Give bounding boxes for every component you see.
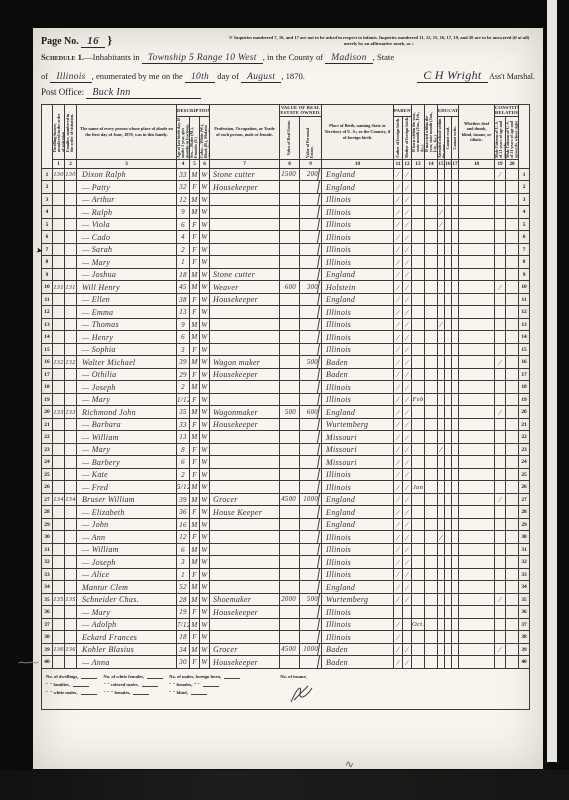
real-estate-value-cell xyxy=(280,656,300,669)
margin-squiggle-icon: ⁓⁓ xyxy=(18,656,38,669)
state-suffix: , State xyxy=(373,52,394,62)
page-no-value: 16 xyxy=(81,35,105,48)
name-cell: — William xyxy=(77,543,177,556)
cannot-write-cell xyxy=(452,656,459,669)
father-foreign-mark-cell: ∕ xyxy=(394,281,403,294)
line-number-left: 29 xyxy=(42,518,53,531)
table-row: 16 132 132 Walter Michael 39 M W Wagon m… xyxy=(42,356,530,369)
vote-denied-cell xyxy=(506,168,519,181)
age-cell: 16 xyxy=(177,518,190,531)
mother-foreign-mark-cell xyxy=(403,618,412,631)
age-cell: 1 xyxy=(177,256,190,269)
deaf-dumb-cell xyxy=(459,418,495,431)
sex-cell: F xyxy=(190,218,200,231)
occupation-cell: Wagonmaker xyxy=(210,406,280,419)
born-month-cell xyxy=(412,318,425,331)
cannot-write-cell xyxy=(452,343,459,356)
deaf-dumb-cell xyxy=(459,656,495,669)
color-cell: W xyxy=(200,368,210,381)
post-office-line: Post Office: Buck Inn xyxy=(41,85,535,101)
occupation-cell xyxy=(210,231,280,244)
page-no-label: Page No. xyxy=(41,36,79,47)
age-cell: 1/12 xyxy=(177,393,190,406)
deaf-dumb-cell xyxy=(459,268,495,281)
personal-estate-value-cell xyxy=(300,181,322,194)
dwelling-number-cell xyxy=(53,243,65,256)
line-number-left: 25 xyxy=(42,468,53,481)
real-estate-value-cell xyxy=(280,431,300,444)
line-number-left: 13 xyxy=(42,318,53,331)
cannot-read-cell xyxy=(445,393,452,406)
line-number-left: 16 xyxy=(42,356,53,369)
col-header-color: Color.—White (W.), Black (B.), Mulatto (… xyxy=(200,116,210,159)
personal-estate-value-cell: 600 xyxy=(300,406,322,419)
age-cell: 6 xyxy=(177,543,190,556)
line-number-left: 39 xyxy=(42,643,53,656)
group-constitutional: Constitutional Relations. xyxy=(495,104,519,116)
attended-school-cell xyxy=(438,256,445,269)
personal-estate-value-cell xyxy=(300,218,322,231)
male-citizen-mark-cell xyxy=(495,468,506,481)
father-foreign-mark-cell: ∕ xyxy=(394,468,403,481)
name-cell: — Barbery xyxy=(77,456,177,469)
name-cell: — Mary xyxy=(77,256,177,269)
real-estate-value-cell xyxy=(280,193,300,206)
line-number-left: 22 xyxy=(42,431,53,444)
line-number-left: 34 xyxy=(42,581,53,594)
mother-foreign-mark-cell: ∕ xyxy=(403,518,412,531)
birthplace-cell: Baden xyxy=(322,656,394,669)
father-foreign-mark-cell: ∕ xyxy=(394,431,403,444)
birthplace-cell: England xyxy=(322,181,394,194)
color-cell: W xyxy=(200,493,210,506)
age-cell: 39 xyxy=(177,356,190,369)
personal-estate-value-cell xyxy=(300,443,322,456)
vote-denied-cell xyxy=(506,631,519,644)
line-number-left: 21 xyxy=(42,418,53,431)
cannot-read-cell xyxy=(445,556,452,569)
born-month-cell xyxy=(412,356,425,369)
sex-cell: M xyxy=(190,643,200,656)
male-citizen-mark-cell xyxy=(495,393,506,406)
birthplace-cell: Illinois xyxy=(322,618,394,631)
family-number-cell xyxy=(65,368,77,381)
mother-foreign-mark-cell: ∕ xyxy=(403,181,412,194)
name-cell: Richmond John xyxy=(77,406,177,419)
col-header-vote-denied: Male Citizens of U. S. of 21 years of ag… xyxy=(506,116,519,159)
personal-estate-value-cell: 500 xyxy=(300,356,322,369)
name-cell: — Thomas xyxy=(77,318,177,331)
line-number-left: 36 xyxy=(42,606,53,619)
family-number-cell xyxy=(65,606,77,619)
family-number-cell: 132 xyxy=(65,356,77,369)
attended-school-cell xyxy=(438,268,445,281)
real-estate-value-cell xyxy=(280,243,300,256)
attended-school-cell xyxy=(438,406,445,419)
line-number-right: 8 xyxy=(519,256,530,269)
color-cell: W xyxy=(200,631,210,644)
occupation-cell: Wagon maker xyxy=(210,356,280,369)
line-number-right: 38 xyxy=(519,631,530,644)
born-month-cell xyxy=(412,593,425,606)
vote-denied-cell xyxy=(506,318,519,331)
married-month-cell xyxy=(425,606,438,619)
table-row: 19 — Mary 1/12 F W Illinois ∕ ∕ Feb 19 xyxy=(42,393,530,406)
deaf-dumb-cell xyxy=(459,593,495,606)
father-foreign-mark-cell: ∕ xyxy=(394,568,403,581)
deaf-dumb-cell xyxy=(459,431,495,444)
male-citizen-mark-cell xyxy=(495,256,506,269)
birthplace-cell: Illinois xyxy=(322,381,394,394)
name-cell: Walter Michael xyxy=(77,356,177,369)
occupation-cell xyxy=(210,481,280,494)
real-estate-value-cell xyxy=(280,581,300,594)
attended-school-cell xyxy=(438,493,445,506)
deaf-dumb-cell xyxy=(459,443,495,456)
line-number-right: 18 xyxy=(519,381,530,394)
born-month-cell xyxy=(412,493,425,506)
group-parentage: Parentage. xyxy=(394,104,412,116)
personal-estate-value-cell xyxy=(300,456,322,469)
married-month-cell xyxy=(425,468,438,481)
attended-school-cell xyxy=(438,543,445,556)
line-number-right: 13 xyxy=(519,318,530,331)
male-citizen-mark-cell: ∕ xyxy=(495,643,506,656)
birthplace-cell: England xyxy=(322,518,394,531)
note-line-2: merely by an affirmative mark, as /. xyxy=(344,41,414,46)
born-month-cell xyxy=(412,243,425,256)
dwelling-number-cell xyxy=(53,206,65,219)
male-citizen-mark-cell xyxy=(495,343,506,356)
real-estate-value-cell xyxy=(280,481,300,494)
occupation-cell xyxy=(210,431,280,444)
line-number-right: 37 xyxy=(519,618,530,631)
col-header-age: Age at last birth-day. If under 1 year, … xyxy=(177,116,190,159)
cannot-write-cell xyxy=(452,268,459,281)
occupation-cell xyxy=(210,568,280,581)
mother-foreign-mark-cell: ∕ xyxy=(403,168,412,181)
real-estate-value-cell: 2000 xyxy=(280,593,300,606)
color-cell: W xyxy=(200,256,210,269)
line-number-left: 33 xyxy=(42,568,53,581)
occupation-cell xyxy=(210,518,280,531)
personal-estate-value-cell xyxy=(300,381,322,394)
born-month-cell xyxy=(412,168,425,181)
occupation-cell: Housekeeper xyxy=(210,418,280,431)
line-number-left: 5 xyxy=(42,218,53,231)
cannot-read-cell xyxy=(445,468,452,481)
vote-denied-cell xyxy=(506,331,519,344)
dwelling-number-cell xyxy=(53,556,65,569)
deaf-dumb-cell xyxy=(459,331,495,344)
below-table-scribble-icon: ∿ xyxy=(343,757,355,772)
birthplace-cell: Illinois xyxy=(322,206,394,219)
color-cell: W xyxy=(200,593,210,606)
sex-cell: F xyxy=(190,418,200,431)
dwelling-number-cell xyxy=(53,193,65,206)
born-month-cell xyxy=(412,343,425,356)
table-row: 2 — Patty 32 F W Housekeeper England ∕ ∕… xyxy=(42,181,530,194)
sex-cell: M xyxy=(190,556,200,569)
vote-denied-cell xyxy=(506,556,519,569)
male-citizen-mark-cell xyxy=(495,443,506,456)
personal-estate-value-cell xyxy=(300,518,322,531)
born-month-cell xyxy=(412,331,425,344)
male-citizen-mark-cell xyxy=(495,581,506,594)
color-cell: W xyxy=(200,393,210,406)
family-number-cell xyxy=(65,206,77,219)
born-month-cell xyxy=(412,281,425,294)
real-estate-value-cell xyxy=(280,181,300,194)
married-month-cell xyxy=(425,443,438,456)
deaf-dumb-cell xyxy=(459,281,495,294)
sex-cell: M xyxy=(190,543,200,556)
day-value: 10th xyxy=(185,72,215,83)
mother-foreign-mark-cell: ∕ xyxy=(403,318,412,331)
mother-foreign-mark-cell: ∕ xyxy=(403,568,412,581)
age-cell: 3 xyxy=(177,343,190,356)
family-number-cell xyxy=(65,481,77,494)
vote-denied-cell xyxy=(506,218,519,231)
census-table: Dwelling-houses, numbered in the order o… xyxy=(41,104,530,710)
cannot-read-cell xyxy=(445,643,452,656)
male-citizen-mark-cell xyxy=(495,331,506,344)
age-cell: 32 xyxy=(177,181,190,194)
age-cell: 5/12 xyxy=(177,481,190,494)
col-header-family: Families, numbered in the order of visit… xyxy=(65,104,77,159)
father-foreign-mark-cell: ∕ xyxy=(394,218,403,231)
married-month-cell xyxy=(425,181,438,194)
birthplace-cell: Wurtemberg xyxy=(322,593,394,606)
male-citizen-mark-cell xyxy=(495,381,506,394)
deaf-dumb-cell xyxy=(459,343,495,356)
married-month-cell xyxy=(425,293,438,306)
census-paper: Page No. 16 } ☞ Inquiries numbered 7, 16… xyxy=(33,28,543,769)
name-cell: — Patty xyxy=(77,181,177,194)
attended-school-cell xyxy=(438,243,445,256)
father-foreign-mark-cell: ∕ xyxy=(394,231,403,244)
family-number-cell xyxy=(65,631,77,644)
color-cell: W xyxy=(200,468,210,481)
col-header-occupation: Profession, Occupation, or Trade of each… xyxy=(210,104,280,159)
married-month-cell xyxy=(425,218,438,231)
family-number-cell xyxy=(65,193,77,206)
family-number-cell: 136 xyxy=(65,643,77,656)
vote-denied-cell xyxy=(506,206,519,219)
deaf-dumb-cell xyxy=(459,206,495,219)
cannot-read-cell xyxy=(445,518,452,531)
married-month-cell xyxy=(425,406,438,419)
attended-school-cell xyxy=(438,581,445,594)
name-cell: — Mary xyxy=(77,443,177,456)
deaf-dumb-cell xyxy=(459,368,495,381)
line-number-right: 26 xyxy=(519,481,530,494)
mother-foreign-mark-cell: ∕ xyxy=(403,343,412,356)
mother-foreign-mark-cell: ∕ xyxy=(403,643,412,656)
male-citizen-mark-cell: ∕ xyxy=(495,493,506,506)
father-foreign-mark-cell: ∕ xyxy=(394,206,403,219)
birthplace-cell: Illinois xyxy=(322,468,394,481)
mother-foreign-mark-cell: ∕ xyxy=(403,506,412,519)
vote-denied-cell xyxy=(506,181,519,194)
family-number-cell xyxy=(65,456,77,469)
mother-foreign-mark-cell: ∕ xyxy=(403,493,412,506)
sex-cell: M xyxy=(190,593,200,606)
birthplace-cell: Illinois xyxy=(322,218,394,231)
col-header-cannot-write: Cannot write. xyxy=(452,116,459,159)
group-description: Description. xyxy=(177,104,210,116)
married-month-cell xyxy=(425,268,438,281)
line-number-right: 29 xyxy=(519,518,530,531)
vote-denied-cell xyxy=(506,256,519,269)
attended-school-cell: ∕ xyxy=(438,218,445,231)
real-estate-value-cell: 600 xyxy=(280,281,300,294)
cannot-write-cell xyxy=(452,431,459,444)
real-estate-value-cell xyxy=(280,368,300,381)
mother-foreign-mark-cell: ∕ xyxy=(403,556,412,569)
personal-estate-value-cell xyxy=(300,581,322,594)
cannot-write-cell xyxy=(452,631,459,644)
mother-foreign-mark-cell: ∕ xyxy=(403,268,412,281)
occupation-cell: Housekeeper xyxy=(210,368,280,381)
real-estate-value-cell xyxy=(280,231,300,244)
tally-col-2: No. of white females, ″ ″ colored males,… xyxy=(103,674,163,695)
dwelling-number-cell xyxy=(53,431,65,444)
vote-denied-cell xyxy=(506,493,519,506)
born-month-cell xyxy=(412,568,425,581)
scanner-noise xyxy=(0,770,569,800)
real-estate-value-cell xyxy=(280,468,300,481)
line-number-right: 27 xyxy=(519,493,530,506)
line-number-left: 9 xyxy=(42,268,53,281)
name-cell: — Elizabeth xyxy=(77,506,177,519)
deaf-dumb-cell xyxy=(459,493,495,506)
name-cell: Kohler Blasius xyxy=(77,643,177,656)
schedule-label: Schedule 1. xyxy=(41,52,84,62)
father-foreign-mark-cell: ∕ xyxy=(394,256,403,269)
deaf-dumb-cell xyxy=(459,606,495,619)
real-estate-value-cell xyxy=(280,381,300,394)
personal-estate-value-cell xyxy=(300,331,322,344)
color-cell: W xyxy=(200,618,210,631)
male-citizen-mark-cell xyxy=(495,181,506,194)
mother-foreign-mark-cell: ∕ xyxy=(403,231,412,244)
sex-cell: M xyxy=(190,381,200,394)
sex-cell: M xyxy=(190,618,200,631)
sex-cell: M xyxy=(190,268,200,281)
name-cell: — Kate xyxy=(77,468,177,481)
mother-foreign-mark-cell: ∕ xyxy=(403,243,412,256)
color-cell: W xyxy=(200,231,210,244)
line-number-right: 12 xyxy=(519,306,530,319)
family-number-cell xyxy=(65,568,77,581)
table-row: 38 Eckard Frances 18 F W Illinois ∕ 38 xyxy=(42,631,530,644)
color-cell: W xyxy=(200,343,210,356)
line-number-left: 10 xyxy=(42,281,53,294)
sex-cell: M xyxy=(190,493,200,506)
dwelling-number-cell xyxy=(53,568,65,581)
personal-estate-value-cell: 200 xyxy=(300,168,322,181)
age-cell: 12 xyxy=(177,193,190,206)
vote-denied-cell xyxy=(506,306,519,319)
cannot-read-cell xyxy=(445,593,452,606)
line-number-left: 4 xyxy=(42,206,53,219)
mother-foreign-mark-cell: ∕ xyxy=(403,331,412,344)
name-cell: Bruser William xyxy=(77,493,177,506)
born-month-cell xyxy=(412,193,425,206)
family-number-cell xyxy=(65,218,77,231)
dwelling-number-cell xyxy=(53,268,65,281)
personal-estate-value-cell xyxy=(300,193,322,206)
line-number-left: 24 xyxy=(42,456,53,469)
cannot-write-cell xyxy=(452,543,459,556)
personal-estate-value-cell xyxy=(300,268,322,281)
age-cell: 8 xyxy=(177,443,190,456)
sex-cell: F xyxy=(190,231,200,244)
occupation-cell xyxy=(210,531,280,544)
deaf-dumb-cell xyxy=(459,618,495,631)
occupation-cell: Housekeeper xyxy=(210,656,280,669)
personal-estate-value-cell xyxy=(300,431,322,444)
father-foreign-mark-cell: ∕ xyxy=(394,381,403,394)
family-number-cell xyxy=(65,431,77,444)
male-citizen-mark-cell xyxy=(495,218,506,231)
married-month-cell xyxy=(425,493,438,506)
sex-cell: M xyxy=(190,331,200,344)
attended-school-cell xyxy=(438,393,445,406)
dwelling-number-cell xyxy=(53,293,65,306)
dwelling-number-cell xyxy=(53,631,65,644)
line-number-left: 40 xyxy=(42,656,53,669)
born-month-cell xyxy=(412,306,425,319)
age-cell: 2 xyxy=(177,468,190,481)
father-foreign-mark-cell: ∕ xyxy=(394,518,403,531)
attended-school-cell xyxy=(438,418,445,431)
family-number-cell xyxy=(65,268,77,281)
real-estate-value-cell xyxy=(280,268,300,281)
male-citizen-mark-cell: ∕ xyxy=(495,593,506,606)
color-cell: W xyxy=(200,293,210,306)
personal-estate-value-cell xyxy=(300,243,322,256)
attended-school-cell xyxy=(438,168,445,181)
deaf-dumb-cell xyxy=(459,293,495,306)
occupation-cell: Stone cutter xyxy=(210,268,280,281)
dwelling-number-cell xyxy=(53,331,65,344)
color-cell: W xyxy=(200,318,210,331)
mother-foreign-mark-cell: ∕ xyxy=(403,381,412,394)
father-foreign-mark-cell: ∕ xyxy=(394,393,403,406)
deaf-dumb-cell xyxy=(459,568,495,581)
real-estate-value-cell xyxy=(280,618,300,631)
age-cell: 28 xyxy=(177,593,190,606)
census-rows: 1 130 130 Dixon Ralph 33 M W Stone cutte… xyxy=(42,168,530,668)
age-cell: 33 xyxy=(177,418,190,431)
attended-school-cell xyxy=(438,293,445,306)
vote-denied-cell xyxy=(506,518,519,531)
born-month-cell xyxy=(412,518,425,531)
family-number-cell xyxy=(65,381,77,394)
cannot-read-cell xyxy=(445,418,452,431)
occupation-cell xyxy=(210,193,280,206)
sex-cell: F xyxy=(190,368,200,381)
sex-cell: F xyxy=(190,568,200,581)
enumerated-label: , enumerated by me on the xyxy=(92,71,183,81)
family-number-cell xyxy=(65,543,77,556)
sex-cell: F xyxy=(190,393,200,406)
vote-denied-cell xyxy=(506,568,519,581)
line-number-right: 1 xyxy=(519,168,530,181)
occupation-cell: House Keeper xyxy=(210,506,280,519)
